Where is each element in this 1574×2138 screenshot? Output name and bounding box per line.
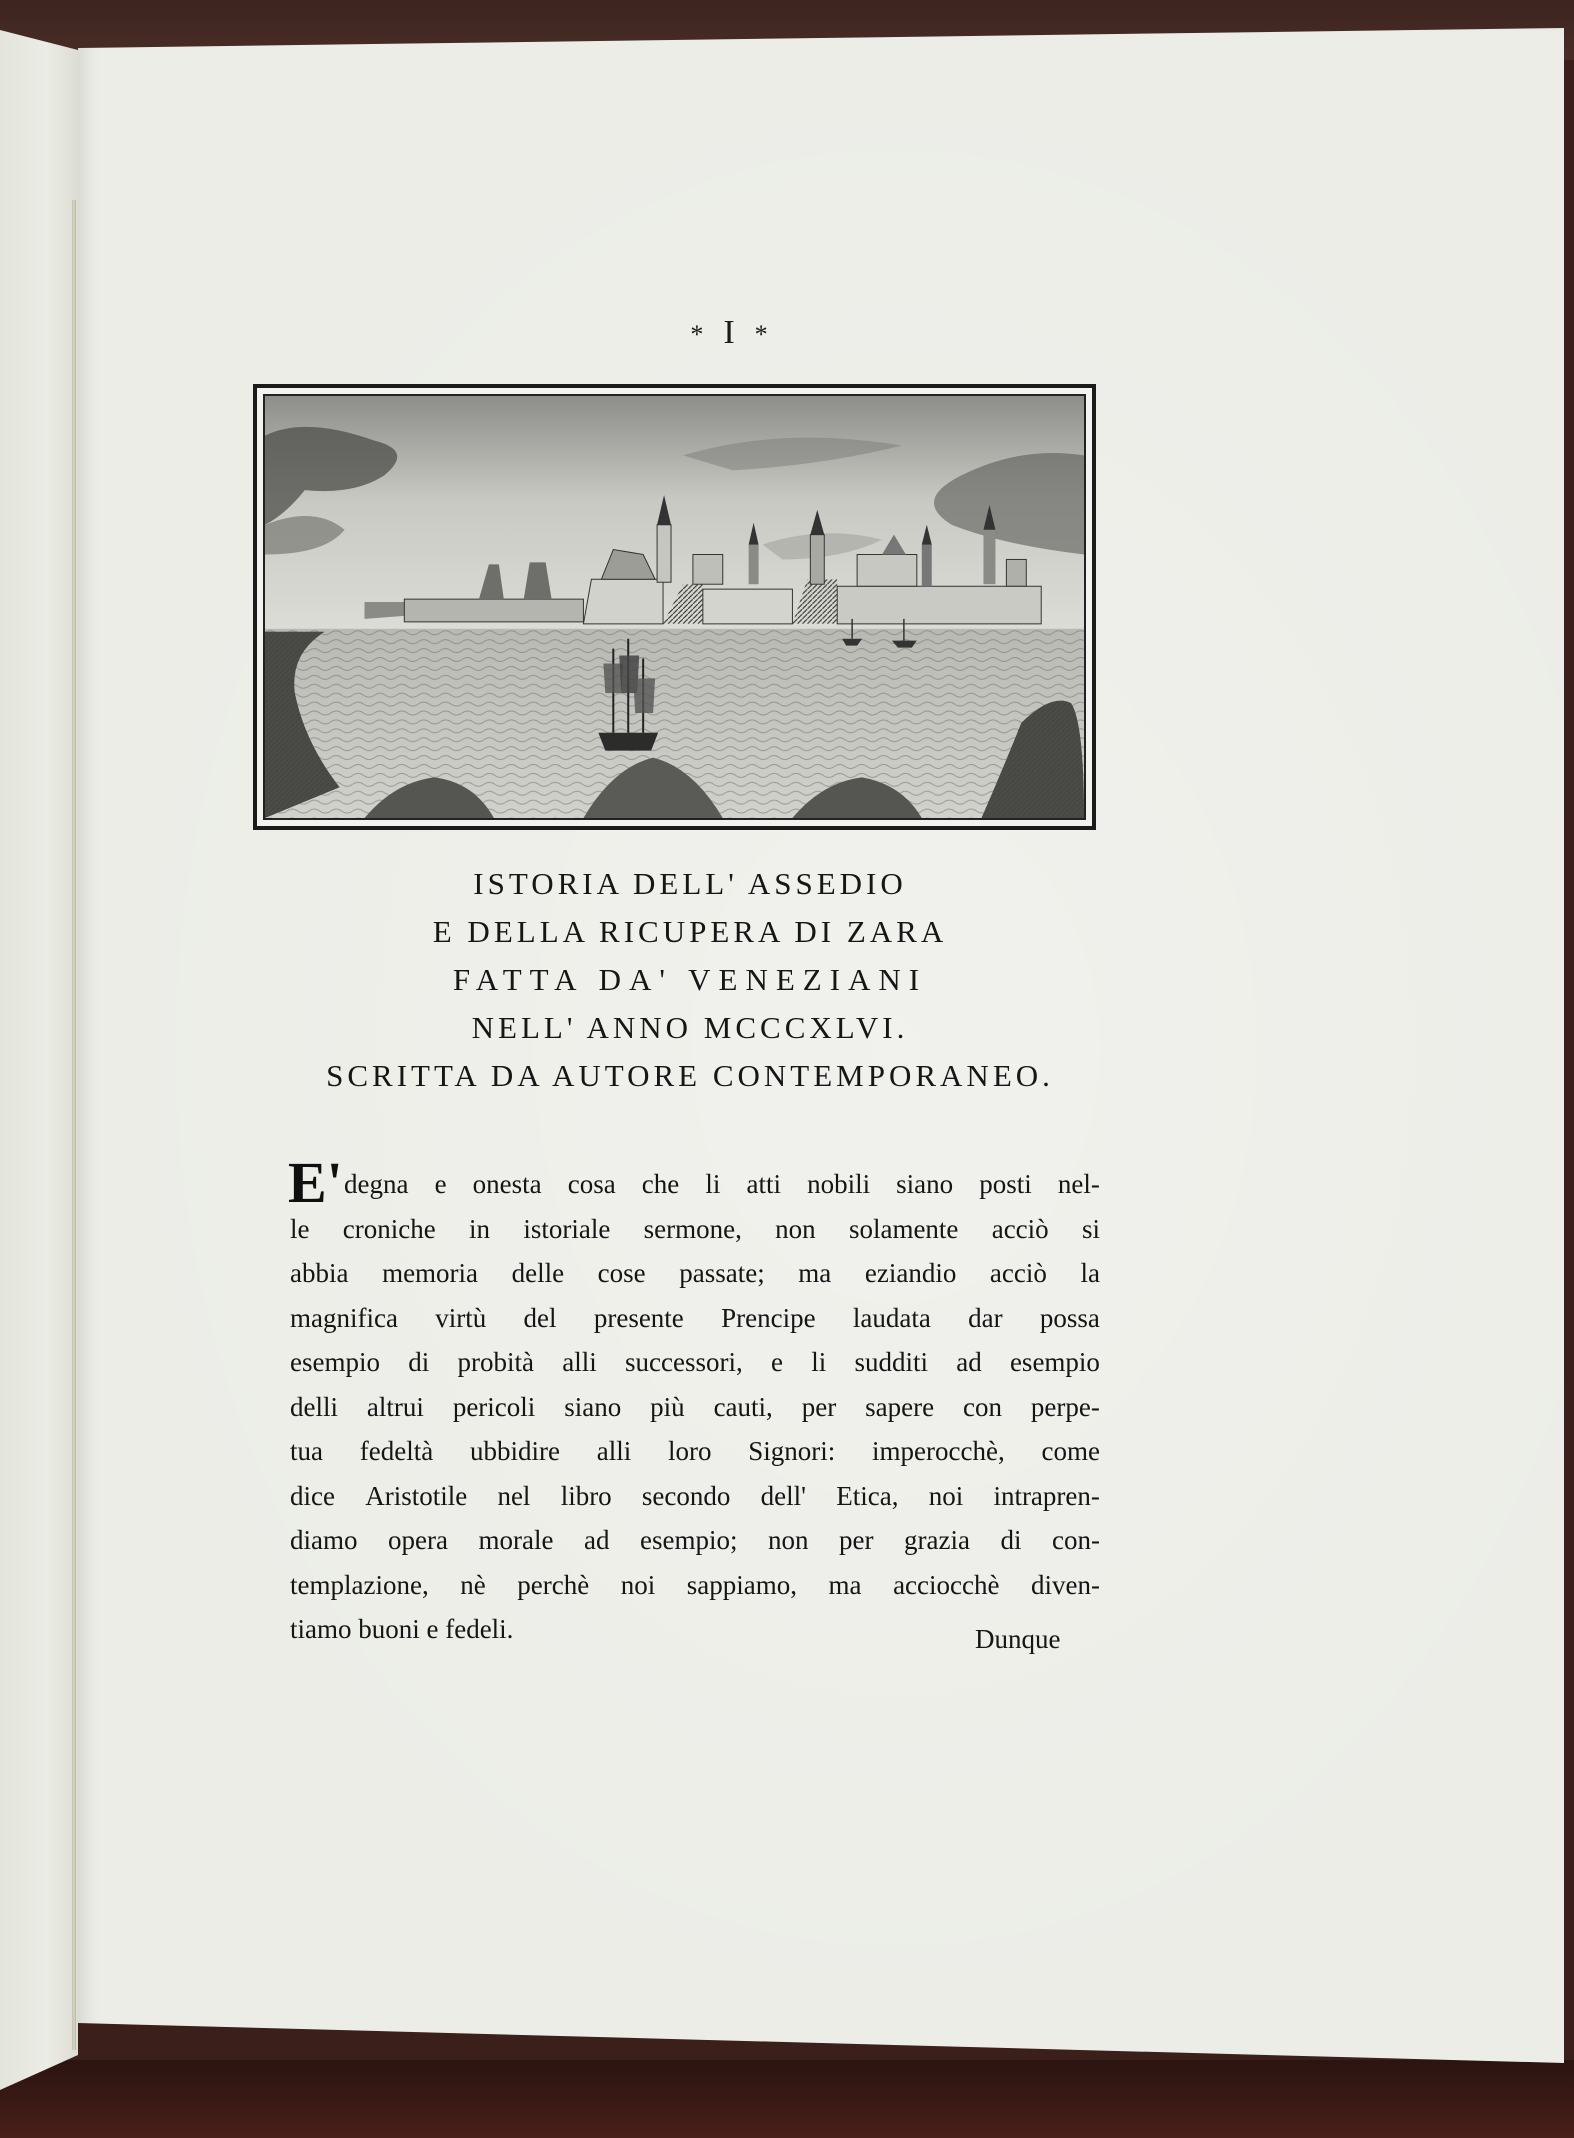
text-line: degnaeonestacosacheliattinobilisianopost… bbox=[290, 1162, 1100, 1207]
word: con- bbox=[1052, 1518, 1100, 1563]
word: non bbox=[768, 1518, 809, 1563]
word: intrapren- bbox=[993, 1474, 1099, 1519]
word: cauti, bbox=[714, 1385, 773, 1430]
word: ubbidire bbox=[470, 1429, 560, 1474]
word: ad bbox=[584, 1518, 609, 1563]
text-line: tuafedeltàubbidirealliloroSignori:impero… bbox=[290, 1429, 1100, 1474]
word: secondo bbox=[642, 1474, 730, 1519]
word: nobili bbox=[807, 1162, 870, 1207]
title-line: FATTA DA' VENEZIANI bbox=[250, 956, 1130, 1004]
word: perpe- bbox=[1031, 1385, 1100, 1430]
word: sermone, bbox=[644, 1207, 742, 1252]
word: delli bbox=[290, 1385, 338, 1430]
text-line: templazione,nèperchènoisappiamo,maaccioc… bbox=[290, 1563, 1100, 1608]
word: in bbox=[469, 1207, 490, 1252]
word: virtù bbox=[435, 1296, 486, 1341]
word: acciò bbox=[990, 1251, 1047, 1296]
word: diven- bbox=[1031, 1563, 1100, 1608]
word: libro bbox=[561, 1474, 612, 1519]
facing-page-edge bbox=[0, 30, 78, 2090]
asterisk-ornament-icon: * bbox=[755, 320, 770, 349]
word: Prencipe bbox=[721, 1296, 815, 1341]
text-line: diamooperamoraleadesempio;nonpergraziadi… bbox=[290, 1518, 1100, 1563]
word: nel bbox=[497, 1474, 530, 1519]
word: siano bbox=[564, 1385, 621, 1430]
word: cosa bbox=[568, 1162, 616, 1207]
word: delle bbox=[512, 1251, 564, 1296]
word: come bbox=[1042, 1429, 1100, 1474]
word: onesta bbox=[473, 1162, 542, 1207]
word: e bbox=[771, 1340, 783, 1385]
word: noi bbox=[929, 1474, 964, 1519]
word: laudata bbox=[853, 1296, 931, 1341]
word: diamo bbox=[290, 1518, 358, 1563]
word: atti bbox=[746, 1162, 781, 1207]
text-line: lecronicheinistorialesermone,nonsolament… bbox=[290, 1207, 1100, 1252]
word: opera bbox=[388, 1518, 448, 1563]
word: magnifica bbox=[290, 1296, 398, 1341]
word: si bbox=[1082, 1207, 1100, 1252]
word: di bbox=[408, 1340, 429, 1385]
word: possa bbox=[1040, 1296, 1100, 1341]
word: cose bbox=[598, 1251, 646, 1296]
word: non bbox=[775, 1207, 816, 1252]
word: imperocchè, bbox=[872, 1429, 1005, 1474]
word: del bbox=[524, 1296, 557, 1341]
text-line: magnificavirtùdelpresentePrencipelaudata… bbox=[290, 1296, 1100, 1341]
word: la bbox=[1080, 1251, 1100, 1296]
word: morale bbox=[479, 1518, 554, 1563]
word: alli bbox=[597, 1429, 632, 1474]
word: loro bbox=[668, 1429, 712, 1474]
word: ma bbox=[829, 1563, 862, 1608]
word: abbia bbox=[290, 1251, 348, 1296]
title-line: NELL' ANNO MCCCXLVI. bbox=[250, 1004, 1130, 1052]
word: acciò bbox=[992, 1207, 1049, 1252]
word: acciocchè bbox=[893, 1563, 999, 1608]
word: altrui bbox=[367, 1385, 424, 1430]
word: presente bbox=[594, 1296, 684, 1341]
city-harbor-engraving-icon bbox=[265, 396, 1084, 818]
binding-gutter bbox=[72, 200, 76, 2050]
word: tua bbox=[290, 1429, 323, 1474]
word: dar bbox=[968, 1296, 1002, 1341]
word: esempio bbox=[290, 1340, 380, 1385]
desk-surface-bottom bbox=[0, 2060, 1574, 2138]
word: siano bbox=[896, 1162, 953, 1207]
title-line: ISTORIA DELL' ASSEDIO bbox=[250, 860, 1130, 908]
word: ma bbox=[798, 1251, 831, 1296]
word: alli bbox=[562, 1340, 597, 1385]
word: per bbox=[839, 1518, 873, 1563]
word: più bbox=[650, 1385, 685, 1430]
word: probità bbox=[458, 1340, 534, 1385]
word: ad bbox=[956, 1340, 981, 1385]
word: nè bbox=[460, 1563, 485, 1608]
word: sappiamo, bbox=[687, 1563, 797, 1608]
chapter-title: ISTORIA DELL' ASSEDIO E DELLA RICUPERA D… bbox=[250, 860, 1130, 1100]
engraving-plate bbox=[253, 384, 1096, 830]
word: solamente bbox=[849, 1207, 958, 1252]
word: li bbox=[811, 1340, 826, 1385]
word: eziandio bbox=[865, 1251, 956, 1296]
word: dell' bbox=[761, 1474, 806, 1519]
word: sapere bbox=[865, 1385, 934, 1430]
word: esempio bbox=[1010, 1340, 1100, 1385]
word: Signori: bbox=[748, 1429, 835, 1474]
word: passate; bbox=[679, 1251, 764, 1296]
word: esempio; bbox=[640, 1518, 737, 1563]
word: istoriale bbox=[523, 1207, 610, 1252]
word: Aristotile bbox=[365, 1474, 467, 1519]
word: memoria bbox=[382, 1251, 478, 1296]
word: che bbox=[642, 1162, 679, 1207]
word: li bbox=[705, 1162, 720, 1207]
text-line: abbiamemoriadellecosepassate;maeziandioa… bbox=[290, 1251, 1100, 1296]
page-number: I bbox=[723, 314, 736, 351]
word: templazione, bbox=[290, 1563, 429, 1608]
word: e bbox=[435, 1162, 447, 1207]
catchword: Dunque bbox=[975, 1624, 1060, 1655]
word: fedeltà bbox=[360, 1429, 433, 1474]
word: successori, bbox=[625, 1340, 743, 1385]
body-paragraph: E' degnaeonestacosacheliattinobilisianop… bbox=[290, 1162, 1100, 1652]
drop-cap: E' bbox=[288, 1154, 343, 1212]
page-number-folio: *I* bbox=[600, 314, 860, 352]
word: posti bbox=[979, 1162, 1032, 1207]
word: nel- bbox=[1058, 1162, 1100, 1207]
word: pericoli bbox=[453, 1385, 535, 1430]
text-line: dellialtruipericolisianopiùcauti,persape… bbox=[290, 1385, 1100, 1430]
word: sudditi bbox=[854, 1340, 928, 1385]
word: degna bbox=[344, 1162, 408, 1207]
asterisk-ornament-icon: * bbox=[690, 320, 705, 349]
text-line: diceAristotilenellibrosecondodell'Etica,… bbox=[290, 1474, 1100, 1519]
title-line: E DELLA RICUPERA DI ZARA bbox=[250, 908, 1130, 956]
engraving-image bbox=[263, 394, 1086, 820]
word: croniche bbox=[343, 1207, 436, 1252]
word: grazia bbox=[904, 1518, 970, 1563]
word: noi bbox=[621, 1563, 656, 1608]
word: con bbox=[963, 1385, 1002, 1430]
word: Etica, bbox=[836, 1474, 898, 1519]
word: dice bbox=[290, 1474, 335, 1519]
text-line: esempiodiprobitàallisuccessori,elisuddit… bbox=[290, 1340, 1100, 1385]
word: perchè bbox=[517, 1563, 589, 1608]
title-line: SCRITTA DA AUTORE CONTEMPORANEO. bbox=[250, 1052, 1130, 1100]
word: di bbox=[1000, 1518, 1021, 1563]
word: per bbox=[802, 1385, 836, 1430]
